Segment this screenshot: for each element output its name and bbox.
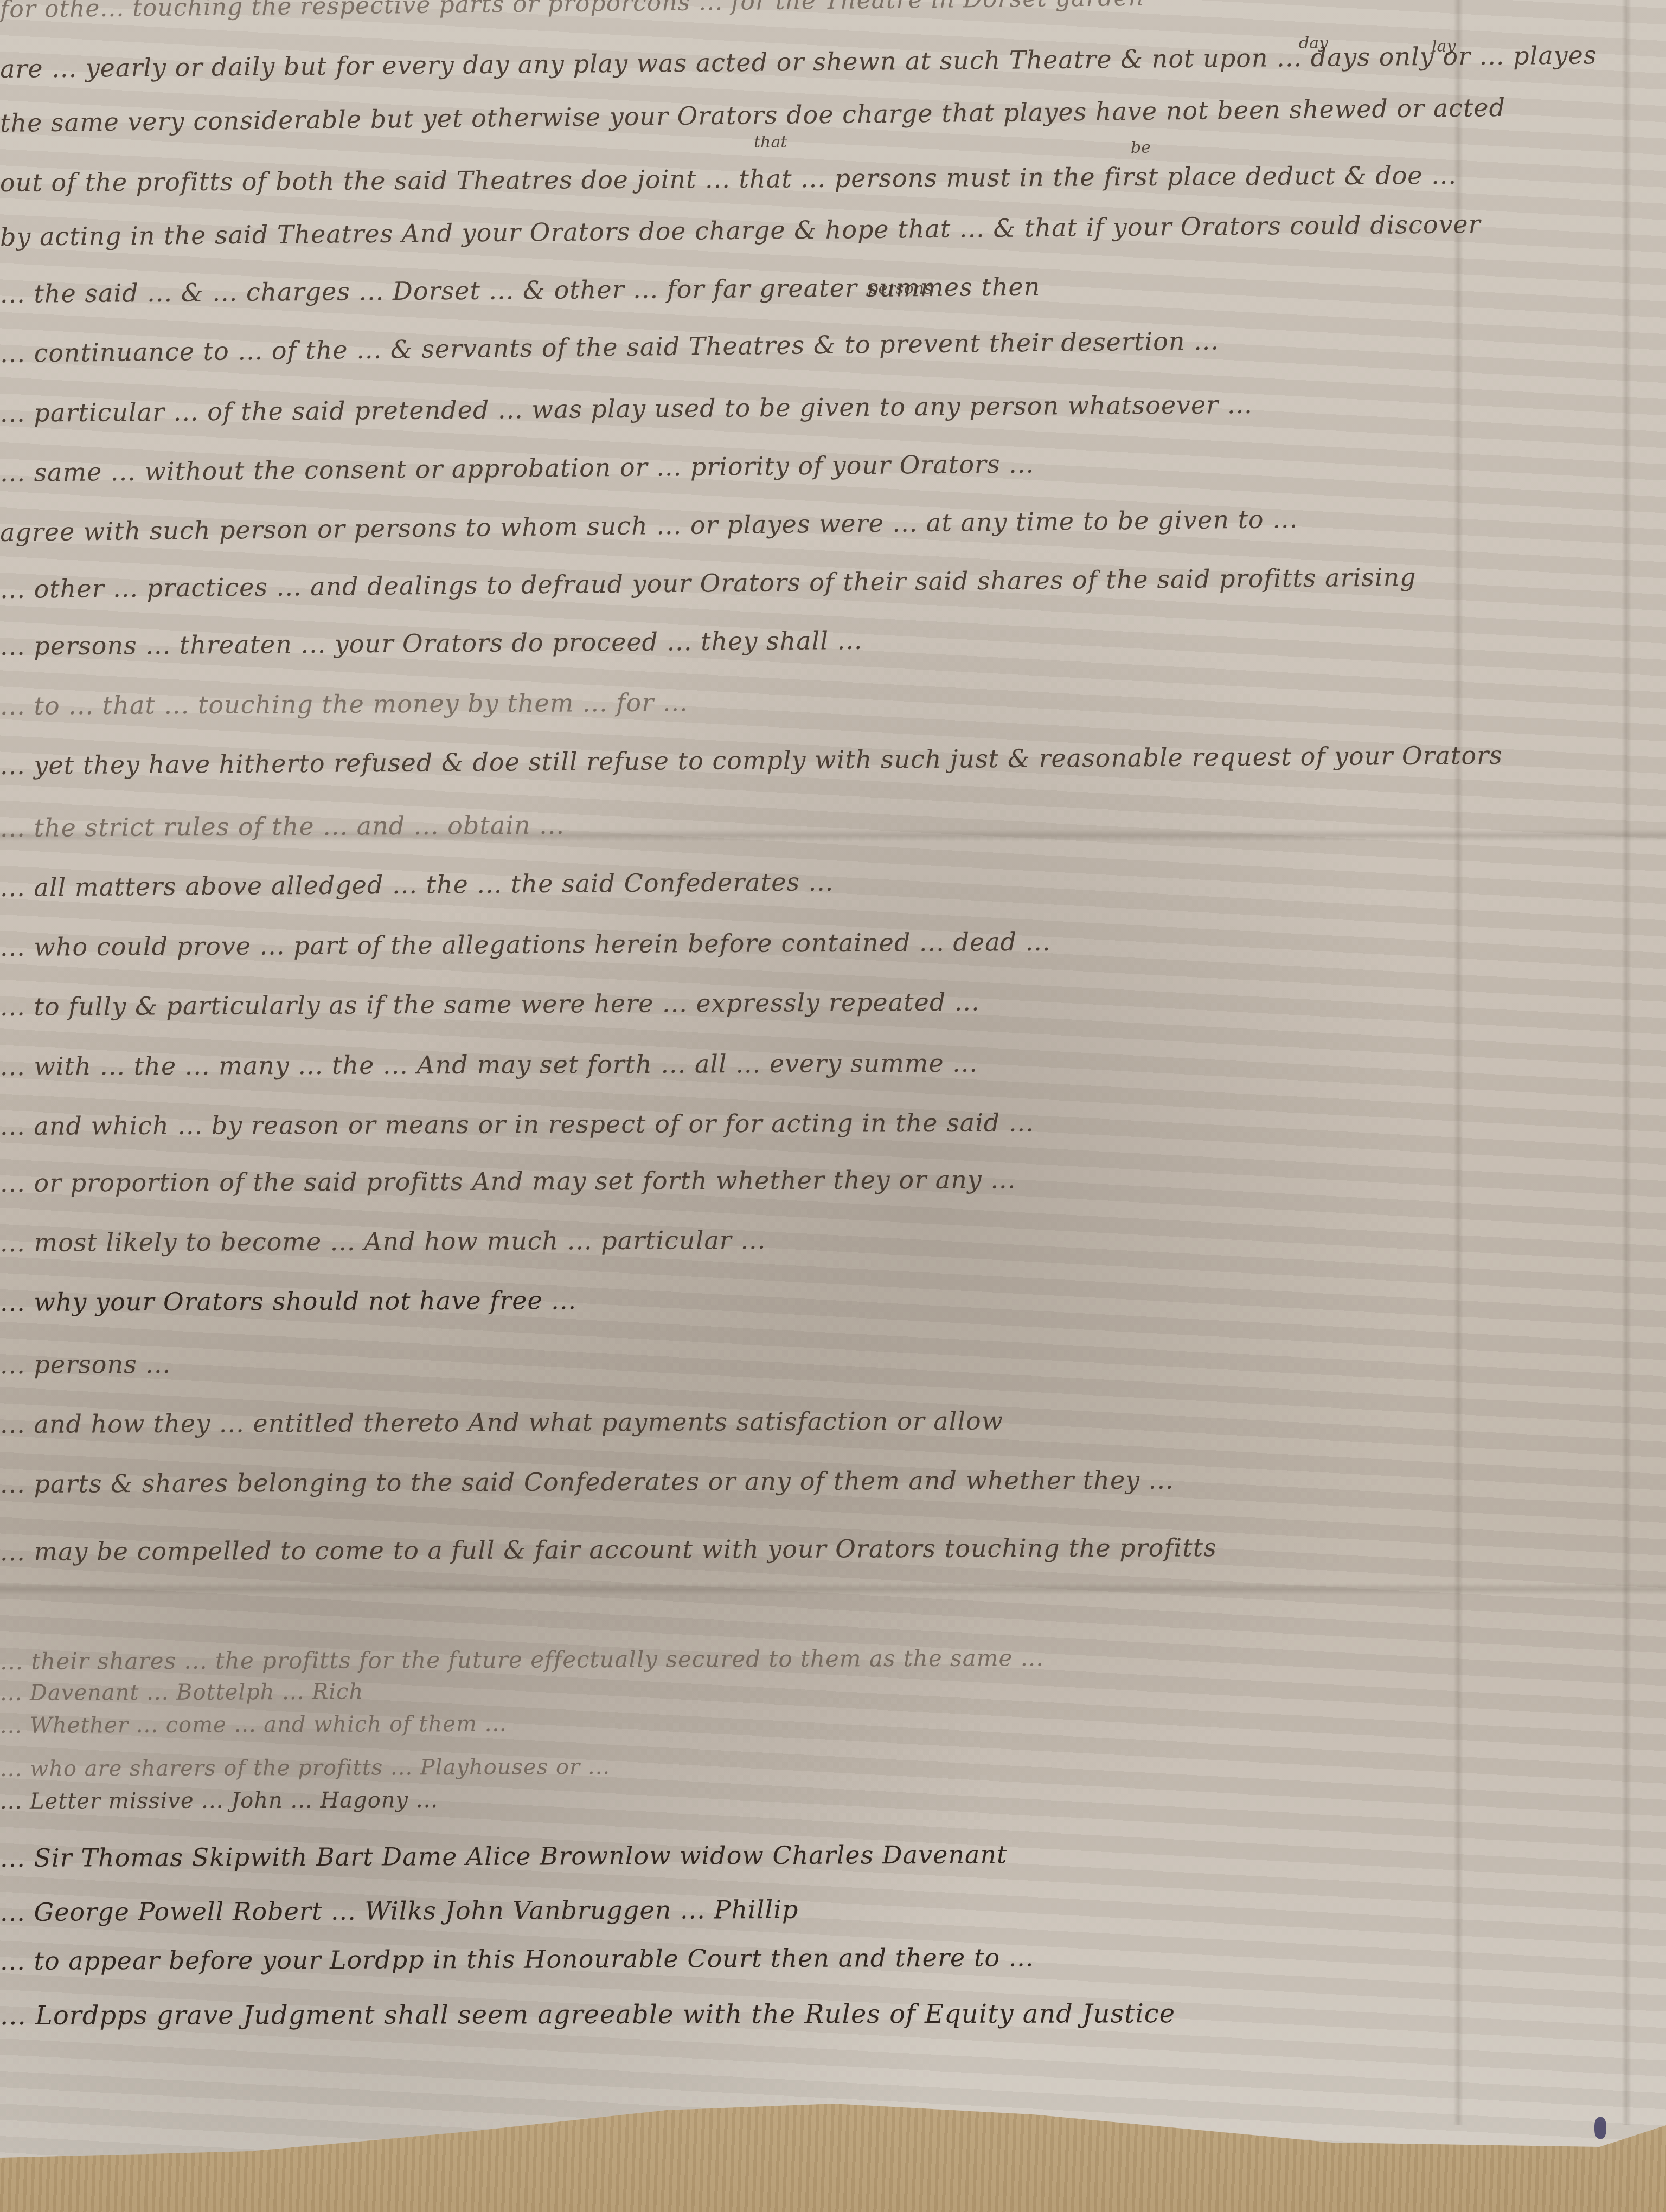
manuscript-line: by acting in the said Theatres And your … <box>0 209 1481 252</box>
manuscript-line: the same very considerable but yet other… <box>0 93 1505 138</box>
manuscript-line: ... and which ... by reason or means or … <box>0 1108 1034 1141</box>
interlinear-insertion: day <box>1299 34 1328 53</box>
manuscript-line: ... who could prove ... part of the alle… <box>0 927 1051 962</box>
manuscript-line: ... to fully & particularly as if the sa… <box>0 987 980 1021</box>
manuscript-line: are ... yearly or daily but for every da… <box>0 40 1597 83</box>
interlinear-insertion: persons <box>868 279 932 298</box>
manuscript-line: agree with such person or persons to who… <box>0 504 1298 547</box>
manuscript-line: ... their shares ... the profitts for th… <box>0 1644 1044 1675</box>
manuscript-line: ... why your Orators should not have fre… <box>0 1285 576 1317</box>
manuscript-line: ... with ... the ... many ... the ... An… <box>0 1049 978 1081</box>
horizontal-fold-crease <box>0 1583 1666 1595</box>
interlinear-insertion: be <box>1131 138 1151 157</box>
parchment-sheet: for othe... touching the respective part… <box>0 0 1666 2169</box>
manuscript-line: ... George Powell Robert ... Wilks John … <box>0 1895 798 1927</box>
manuscript-line: ... and how they ... entitled thereto An… <box>0 1406 1003 1439</box>
manuscript-line: out of the profitts of both the said The… <box>0 160 1457 197</box>
vertical-fold-crease <box>1622 0 1631 2125</box>
interlinear-insertion: that <box>754 133 787 152</box>
manuscript-line: ... who are sharers of the profitts ... … <box>0 1754 610 1782</box>
interlinear-insertion: lay <box>1432 37 1456 56</box>
manuscript-line: for othe... touching the respective part… <box>0 0 1144 23</box>
manuscript-line: ... Davenant ... Bottelph ... Rich <box>0 1680 363 1706</box>
manuscript-line: ... Sir Thomas Skipwith Bart Dame Alice … <box>0 1840 1008 1873</box>
manuscript-line: ... other ... practices ... and dealings… <box>0 562 1417 604</box>
manuscript-line: ... persons ... threaten ... your Orator… <box>0 626 863 661</box>
manuscript-line: ... Letter missive ... John ... Hagony .… <box>0 1787 438 1814</box>
manuscript-line: ... or proportion of the said profitts A… <box>0 1165 1016 1198</box>
manuscript-line: ... to ... that ... touching the money b… <box>0 687 688 721</box>
manuscript-photo: for othe... touching the respective part… <box>0 0 1666 2212</box>
manuscript-line: ... the strict rules of the ... and ... … <box>0 811 565 843</box>
manuscript-line: ... may be compelled to come to a full &… <box>0 1533 1217 1566</box>
manuscript-line: ... to appear before your Lordpp in this… <box>0 1943 1034 1976</box>
manuscript-line: ... all matters above alledged ... the .… <box>0 867 834 902</box>
vertical-fold-crease <box>1453 0 1463 2125</box>
manuscript-line: ... yet they have hitherto refused & doe… <box>0 741 1503 780</box>
manuscript-line: ... continuance to ... of the ... & serv… <box>0 326 1219 368</box>
ink-spot <box>1594 2117 1606 2139</box>
manuscript-line: ... same ... without the consent or appr… <box>0 449 1034 487</box>
manuscript-line: ... Lordpps grave Judgment shall seem ag… <box>0 1998 1175 2031</box>
manuscript-line: ... persons ... <box>0 1349 171 1379</box>
manuscript-line: ... parts & shares belonging to the said… <box>0 1465 1174 1499</box>
manuscript-line: ... most likely to become ... And how mu… <box>0 1225 766 1257</box>
manuscript-line: ... Whether ... come ... and which of th… <box>0 1712 507 1738</box>
manuscript-line: ... particular ... of the said pretended… <box>0 390 1253 428</box>
